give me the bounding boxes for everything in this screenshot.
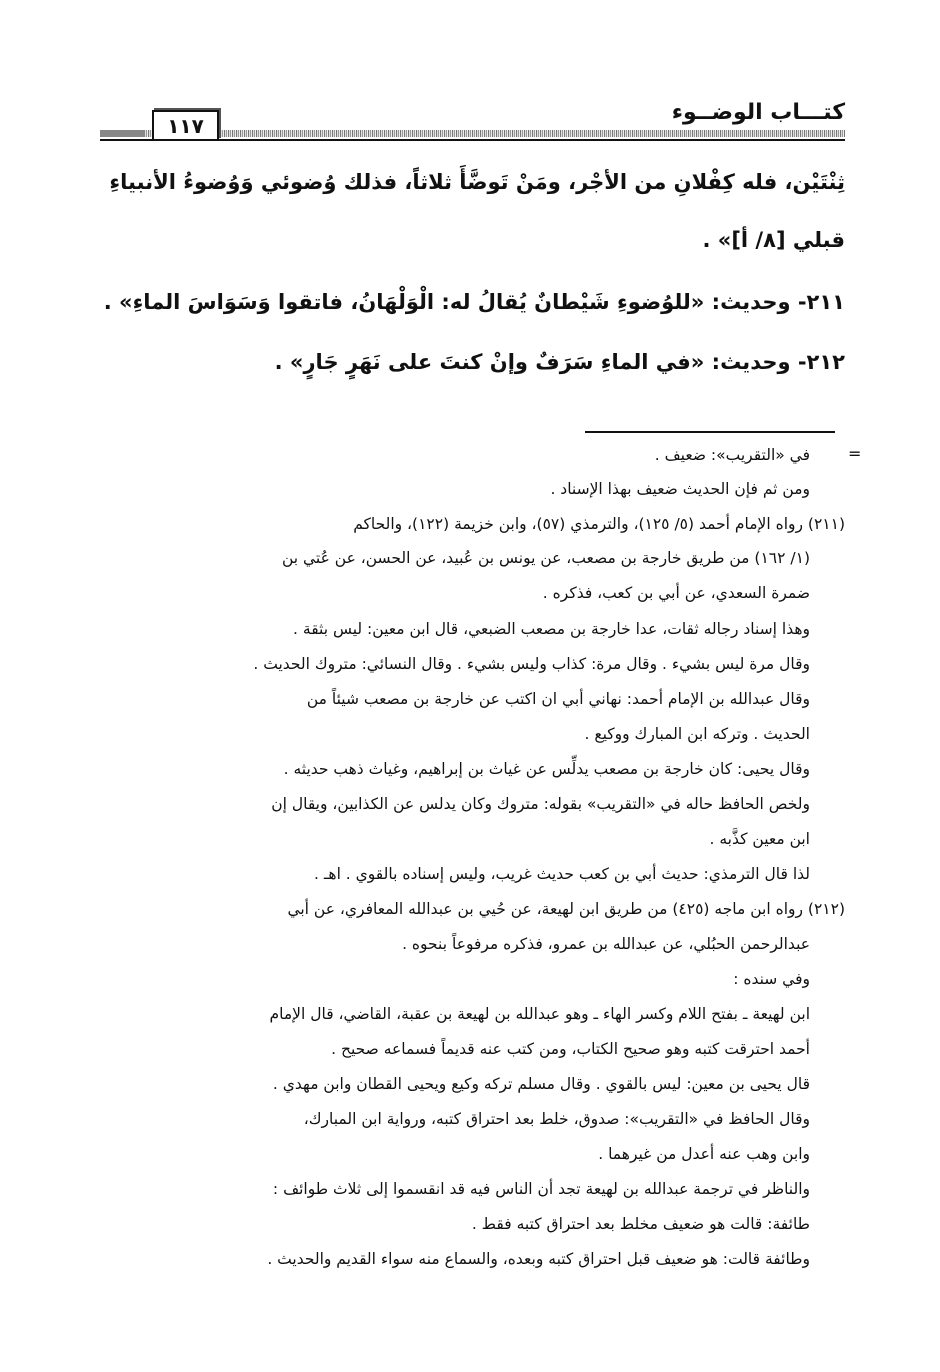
footnote-line: وقال الحافظ في «التقريب»: صدوق، خلط بعد …: [304, 1110, 810, 1128]
continuation-mark: =: [848, 444, 861, 463]
footnote-line: وابن وهب عنه أعدل من غيرهما .: [598, 1145, 810, 1163]
header-rule: [100, 139, 845, 141]
book-page: ١١٧ كتـــاب الوضــوء ثِنْتَيْن، فله كِفْ…: [0, 0, 940, 1372]
footnote-line: طائفة: قالت هو ضعيف مخلط بعد احتراق كتبه…: [472, 1215, 810, 1233]
page-header: ١١٧ كتـــاب الوضــوء: [100, 100, 845, 145]
footnote-separator: [585, 431, 835, 433]
footnote-line: أحمد احترقت كتبه وهو صحيح الكتاب، ومن كت…: [331, 1040, 810, 1058]
hadith-212: ٢١٢- وحديث: «في الماءِ سَرَفٌ وإنْ كنتَ …: [275, 350, 845, 374]
footnote-line: والناظر في ترجمة عبدالله بن لهيعة تجد أن…: [273, 1180, 810, 1198]
running-title: كتـــاب الوضــوء: [672, 100, 845, 125]
footnote-212: (٢١٢) رواه ابن ماجه (٤٢٥) من طريق ابن له…: [287, 900, 845, 918]
footnote-line: الحديث . وتركه ابن المبارك ووكيع .: [584, 725, 810, 743]
main-text-line: قبلي [٨/ أ]» .: [702, 228, 845, 252]
footnote-line: وهذا إسناد رجاله ثقات، عدا خارجة بن مصعب…: [293, 620, 810, 638]
footnote-line: لذا قال الترمذي: حديث أبي بن كعب حديث غر…: [314, 865, 810, 883]
footnote-line: ابن معين كذَّبه .: [709, 830, 810, 848]
footnote-line: في «التقريب»: ضعيف .: [655, 446, 810, 464]
footnote-line: وقال يحيى: كان خارجة بن مصعب يدلِّس عن غ…: [284, 760, 810, 778]
footnote-line: ضمرة السعدي، عن أبي بن كعب، فذكره .: [543, 584, 810, 602]
hadith-211: ٢١١- وحديث: «للوُضوءِ شَيْطانٌ يُقالُ له…: [104, 290, 845, 314]
footnote-line: ولخص الحافظ حاله في «التقريب» بقوله: متر…: [271, 795, 810, 813]
footnote-line: وقال عبدالله بن الإمام أحمد: نهاني أبي ا…: [307, 690, 810, 708]
footnote-line: وطائفة قالت: هو ضعيف قبل احتراق كتبه وبع…: [267, 1250, 810, 1268]
footnote-line: وفي سنده :: [733, 970, 810, 988]
page-number: ١١٧: [152, 110, 219, 140]
footnote-line: قال يحيى بن معين: ليس بالقوي . وقال مسلم…: [273, 1075, 810, 1093]
footnote-line: (١/ ١٦٢) من طريق خارجة بن مصعب، عن يونس …: [282, 549, 810, 567]
footnote-line: ومن ثم فإن الحديث ضعيف بهذا الإسناد .: [550, 480, 810, 498]
footnote-line: عبدالرحمن الحبُلي، عن عبدالله بن عمرو، ف…: [402, 935, 810, 953]
footnote-line: ابن لهيعة ـ بفتح اللام وكسر الهاء ـ وهو …: [270, 1005, 810, 1023]
main-text-line: ثِنْتَيْن، فله كِفْلانِ من الأجْر، ومَنْ…: [109, 170, 845, 194]
footnote-line: وقال مرة ليس بشيء . وقال مرة: كذاب وليس …: [253, 655, 810, 673]
header-hatch-left: [100, 130, 145, 137]
footnote-211: (٢١١) رواه الإمام أحمد (٥/ ١٢٥)، والترمذ…: [353, 515, 845, 533]
